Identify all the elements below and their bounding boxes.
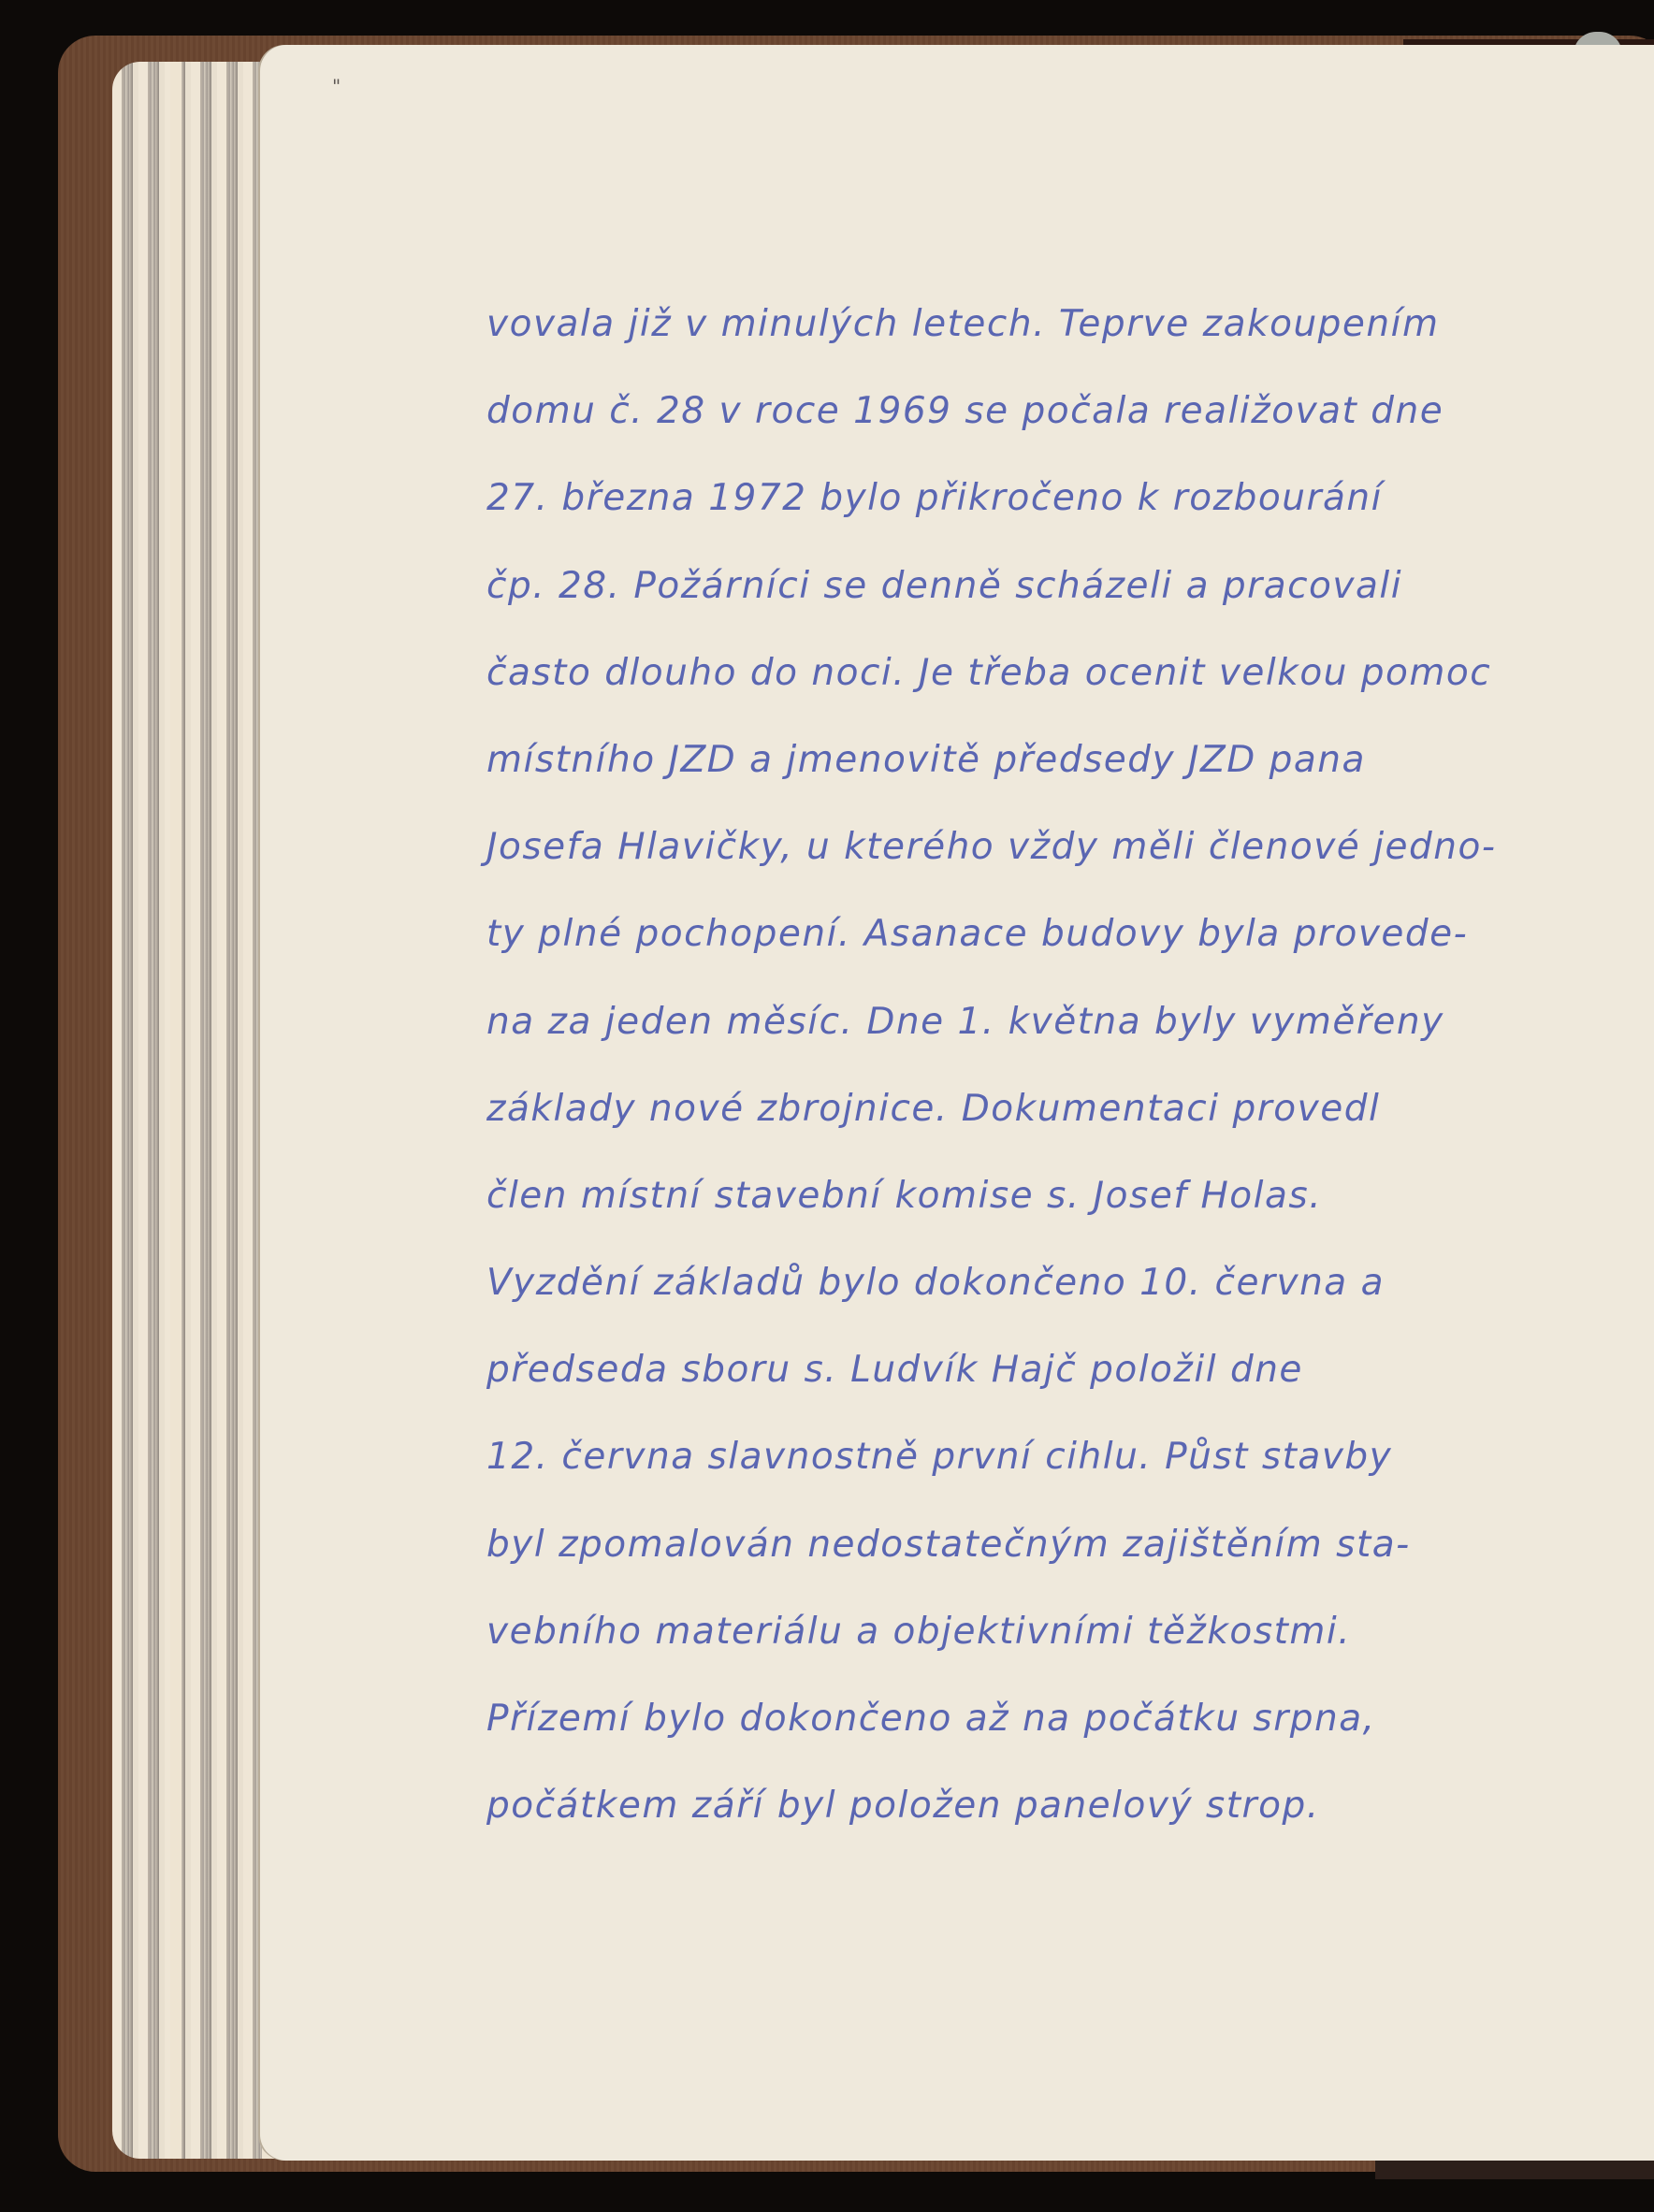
text-line: místního JZD a jmenovitě předsedy JZD pa…: [486, 716, 1478, 803]
text-line: počátkem září byl položen panelový strop…: [486, 1762, 1478, 1849]
text-line: byl zpomalován nedostatečným zajištěním …: [486, 1501, 1478, 1588]
text-line: často dlouho do noci. Je třeba ocenit ve…: [486, 629, 1478, 716]
text-line: domu č. 28 v roce 1969 se počala realižo…: [486, 368, 1478, 455]
text-line: vebního materiálu a objektivními těžkost…: [486, 1588, 1478, 1675]
text-line: základy nové zbrojnice. Dokumentaci prov…: [486, 1065, 1478, 1152]
text-line: ty plné pochopení. Asanace budovy byla p…: [486, 890, 1478, 977]
text-line: 12. června slavnostně první cihlu. Půst …: [486, 1413, 1478, 1500]
ink-smudge-mark: ": [332, 80, 345, 92]
text-line: Josefa Hlavičky, u kterého vždy měli čle…: [486, 803, 1478, 890]
cover-edge-bottom: [1375, 2159, 1654, 2179]
page-stack-highlight: [170, 62, 181, 2159]
text-line: na za jeden měsíc. Dne 1. května byly vy…: [486, 978, 1478, 1065]
text-line: vovala již v minulých letech. Teprve zak…: [486, 281, 1478, 368]
text-line: Vyzdění základů bylo dokončeno 10. červn…: [486, 1239, 1478, 1326]
handwritten-text-block: vovala již v minulých letech. Teprve zak…: [486, 281, 1478, 1849]
text-line: 27. března 1972 bylo přikročeno k rozbou…: [486, 455, 1478, 542]
page-stack-edge: [112, 62, 281, 2159]
text-line: čp. 28. Požárníci se denně scházeli a pr…: [486, 542, 1478, 629]
text-line: Přízemí bylo dokončeno až na počátku srp…: [486, 1675, 1478, 1762]
text-line: člen místní stavební komise s. Josef Hol…: [486, 1152, 1478, 1239]
text-line: předseda sboru s. Ludvík Hajč položil dn…: [486, 1326, 1478, 1413]
